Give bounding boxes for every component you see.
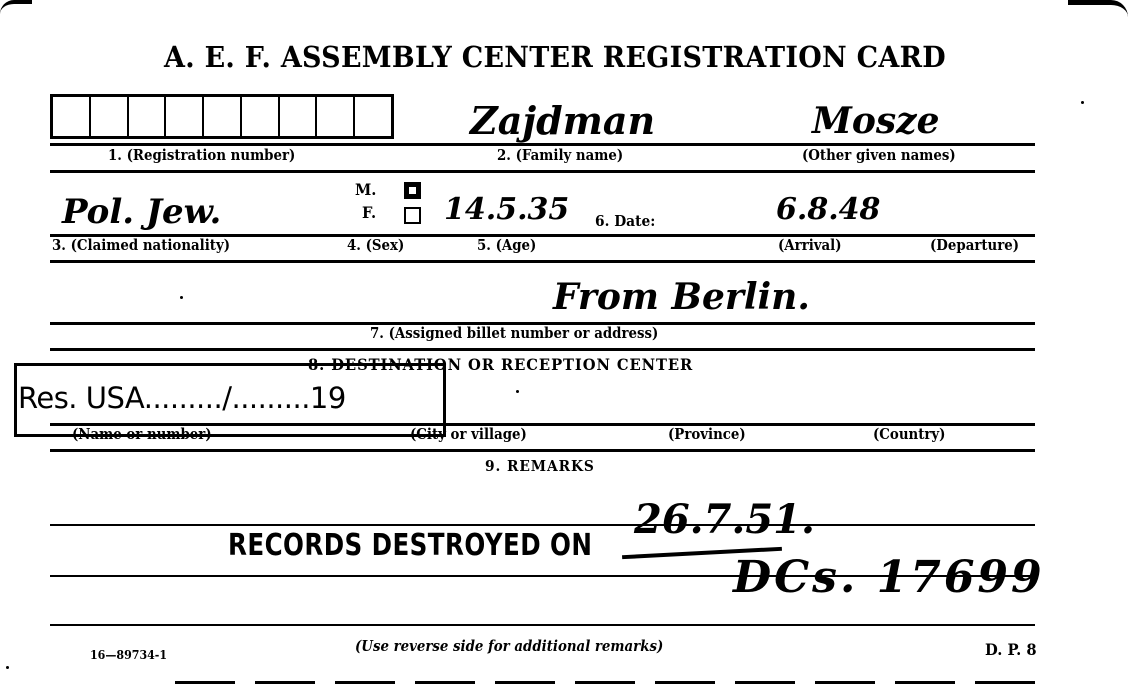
- other-given-names-value: Mosze: [812, 100, 939, 142]
- speck: [180, 296, 183, 299]
- arrival-label: (Arrival): [778, 237, 842, 254]
- form-number: 16—89734-1: [90, 648, 167, 662]
- divider-line: [50, 170, 1035, 173]
- date-label: 6. Date:: [595, 212, 655, 230]
- divider-line: [50, 624, 1035, 626]
- remarks-heading: 9. REMARKS: [485, 457, 595, 475]
- destination-province-label: (Province): [668, 426, 746, 443]
- registration-cell: [129, 97, 167, 136]
- destination-country-label: (Country): [873, 426, 945, 443]
- form-code: D. P. 8: [985, 640, 1037, 659]
- destroyed-date-value: 26.7.51.: [634, 496, 815, 543]
- records-destroyed-stamp: RECORDS DESTROYED ON: [228, 528, 592, 563]
- divider-line: [50, 449, 1035, 452]
- speck: [6, 666, 9, 669]
- destination-name-label: (Name or number): [72, 426, 212, 443]
- destination-city-label: (City or village): [410, 426, 527, 443]
- reverse-side-note: (Use reverse side for additional remarks…: [355, 638, 663, 655]
- card-bottom-edge: [175, 681, 1055, 684]
- sex-female-checkbox[interactable]: [404, 207, 421, 224]
- other-given-names-label: (Other given names): [802, 147, 956, 164]
- speck: [516, 390, 519, 393]
- sex-male-checkbox[interactable]: [404, 182, 421, 199]
- divider-line: [50, 524, 1035, 526]
- divider-line: [50, 260, 1035, 263]
- registration-cell: [91, 97, 129, 136]
- family-name-value: Zajdman: [470, 98, 655, 143]
- divider-line: [50, 348, 1035, 351]
- sex-option-m: M.: [355, 180, 376, 199]
- registration-cell: [166, 97, 204, 136]
- registration-cell: [204, 97, 242, 136]
- registration-number-label: 1. (Registration number): [108, 147, 295, 164]
- divider-line: [50, 143, 1035, 146]
- arrival-date-value: 6.8.48: [776, 192, 880, 227]
- card-corner-top-left: [0, 0, 32, 14]
- age-value: 14.5.35: [444, 192, 569, 227]
- registration-cell: [53, 97, 91, 136]
- registration-number-boxes: [50, 94, 394, 139]
- departure-label: (Departure): [930, 237, 1019, 254]
- family-name-label: 2. (Family name): [497, 147, 623, 164]
- age-label: 5. (Age): [477, 237, 536, 254]
- reference-number-value: DCs. 17699: [733, 552, 1045, 603]
- registration-cell: [355, 97, 391, 136]
- speck: [1081, 101, 1084, 104]
- card-corner-top-right: [1068, 0, 1128, 17]
- registration-cell: [280, 97, 318, 136]
- registration-cell: [242, 97, 280, 136]
- residence-stamp-text: Res. USA........./.........19: [18, 381, 346, 415]
- claimed-nationality-value: Pol. Jew.: [62, 192, 221, 232]
- sex-option-f: F.: [362, 203, 376, 222]
- registration-cell: [317, 97, 355, 136]
- billet-value: From Berlin.: [553, 276, 810, 318]
- card-title: A. E. F. ASSEMBLY CENTER REGISTRATION CA…: [39, 40, 1071, 74]
- claimed-nationality-label: 3. (Claimed nationality): [52, 237, 230, 254]
- billet-label: 7. (Assigned billet number or address): [370, 325, 658, 342]
- sex-label: 4. (Sex): [347, 237, 404, 254]
